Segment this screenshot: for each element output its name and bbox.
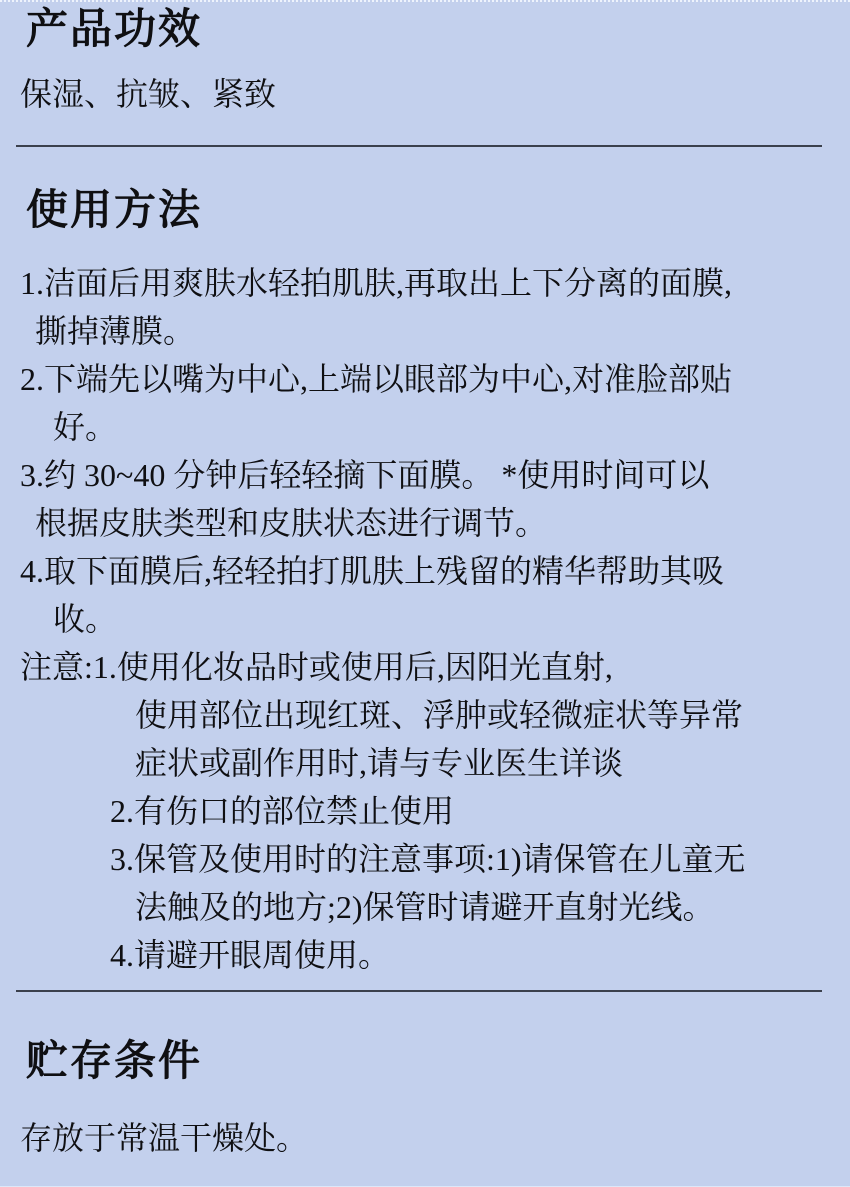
text-line: 撕掉薄膜。 xyxy=(0,307,850,355)
usage-instructions-heading: 使用方法 xyxy=(0,185,850,237)
section-storage-conditions: 贮存条件 存放于常温干燥处。 xyxy=(0,1036,850,1162)
section-divider xyxy=(16,145,822,147)
text-line: 使用部位出现红斑、浮肿或轻微症状等异常 xyxy=(0,691,850,739)
section-product-efficacy: 产品功效 保湿、抗皱、紧致 xyxy=(0,2,850,118)
storage-conditions-heading: 贮存条件 xyxy=(0,1036,850,1088)
storage-conditions-body: 存放于常温干燥处。 xyxy=(0,1114,850,1162)
text-line: 1.洁面后用爽肤水轻拍肌肤,再取出上下分离的面膜, xyxy=(0,259,850,307)
text-line: 根据皮肤类型和皮肤状态进行调节。 xyxy=(0,499,850,547)
text-line: 法触及的地方;2)保管时请避开直射光线。 xyxy=(0,883,850,931)
text-line: 收。 xyxy=(0,595,850,643)
product-efficacy-heading: 产品功效 xyxy=(0,4,850,56)
text-line: 存放于常温干燥处。 xyxy=(0,1114,850,1162)
text-line: 2.下端先以嘴为中心,上端以眼部为中心,对准脸部贴 xyxy=(0,355,850,403)
section-divider xyxy=(16,990,822,992)
text-line: 3.保管及使用时的注意事项:1)请保管在儿童无 xyxy=(0,835,850,883)
section-usage-instructions: 使用方法 1.洁面后用爽肤水轻拍肌肤,再取出上下分离的面膜,撕掉薄膜。2.下端先… xyxy=(0,185,850,979)
text-line: 好。 xyxy=(0,403,850,451)
text-line: 注意:1.使用化妆品时或使用后,因阳光直射, xyxy=(0,643,850,691)
text-line: 4.请避开眼周使用。 xyxy=(0,931,850,979)
text-line: 症状或副作用时,请与专业医生详谈 xyxy=(0,739,850,787)
text-line: 4.取下面膜后,轻轻拍打肌肤上残留的精华帮助其吸 xyxy=(0,547,850,595)
usage-instructions-body: 1.洁面后用爽肤水轻拍肌肤,再取出上下分离的面膜,撕掉薄膜。2.下端先以嘴为中心… xyxy=(0,259,850,979)
text-line: 3.约 30~40 分钟后轻轻摘下面膜。 *使用时间可以 xyxy=(0,451,850,499)
product-efficacy-body: 保湿、抗皱、紧致 xyxy=(0,70,850,118)
text-line: 保湿、抗皱、紧致 xyxy=(0,70,850,118)
text-line: 2.有伤口的部位禁止使用 xyxy=(0,787,850,835)
product-description-page: 产品功效 保湿、抗皱、紧致 使用方法 1.洁面后用爽肤水轻拍肌肤,再取出上下分离… xyxy=(0,0,850,1187)
